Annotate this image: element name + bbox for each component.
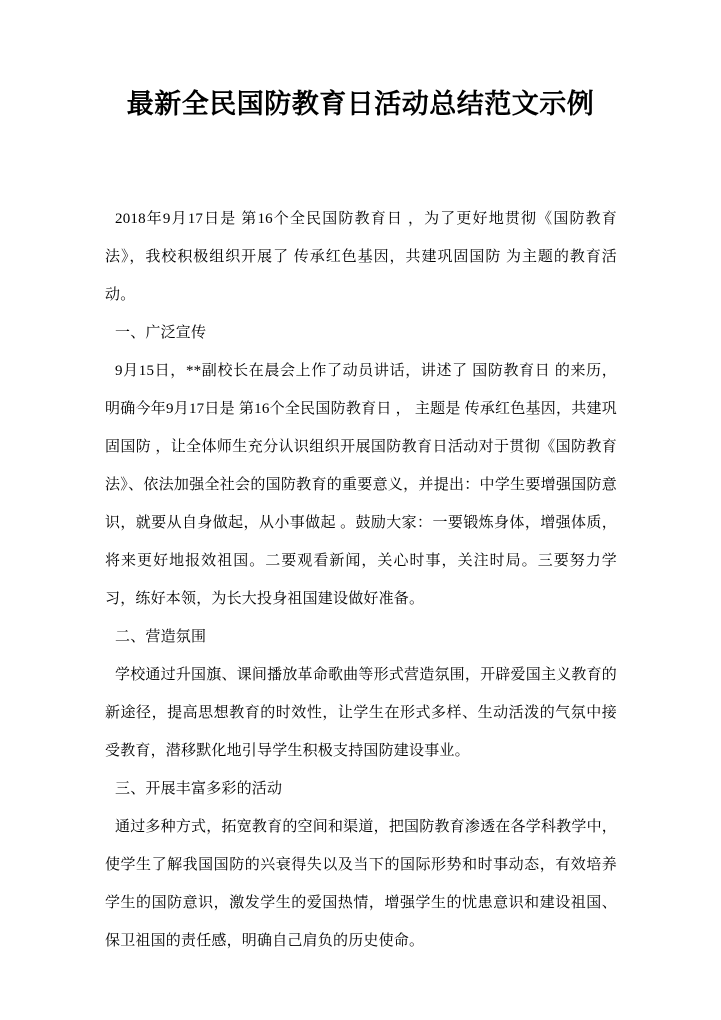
section-heading: 一、广泛宣传 xyxy=(105,314,617,352)
document-page: 最新全民国防教育日活动总结范文示例 2018年9月17日是 第16个全民国防教育… xyxy=(0,0,721,1020)
paragraph: 9月15日，**副校长在晨会上作了动员讲话，讲述了 国防教育日 的来历，明确今年… xyxy=(105,352,617,618)
document-title: 最新全民国防教育日活动总结范文示例 xyxy=(0,84,721,124)
paragraph: 学校通过升国旗、课间播放革命歌曲等形式营造氛围，开辟爱国主义教育的新途径，提高思… xyxy=(105,656,617,770)
section-heading: 二、营造氛围 xyxy=(105,618,617,656)
document-body: 2018年9月17日是 第16个全民国防教育日 ，为了更好地贯彻《国防教育法》，… xyxy=(105,200,617,960)
section-heading: 三、开展丰富多彩的活动 xyxy=(105,770,617,808)
paragraph: 通过多种方式，拓宽教育的空间和渠道，把国防教育渗透在各学科教学中，使学生了解我国… xyxy=(105,808,617,960)
paragraph: 2018年9月17日是 第16个全民国防教育日 ，为了更好地贯彻《国防教育法》，… xyxy=(105,200,617,314)
